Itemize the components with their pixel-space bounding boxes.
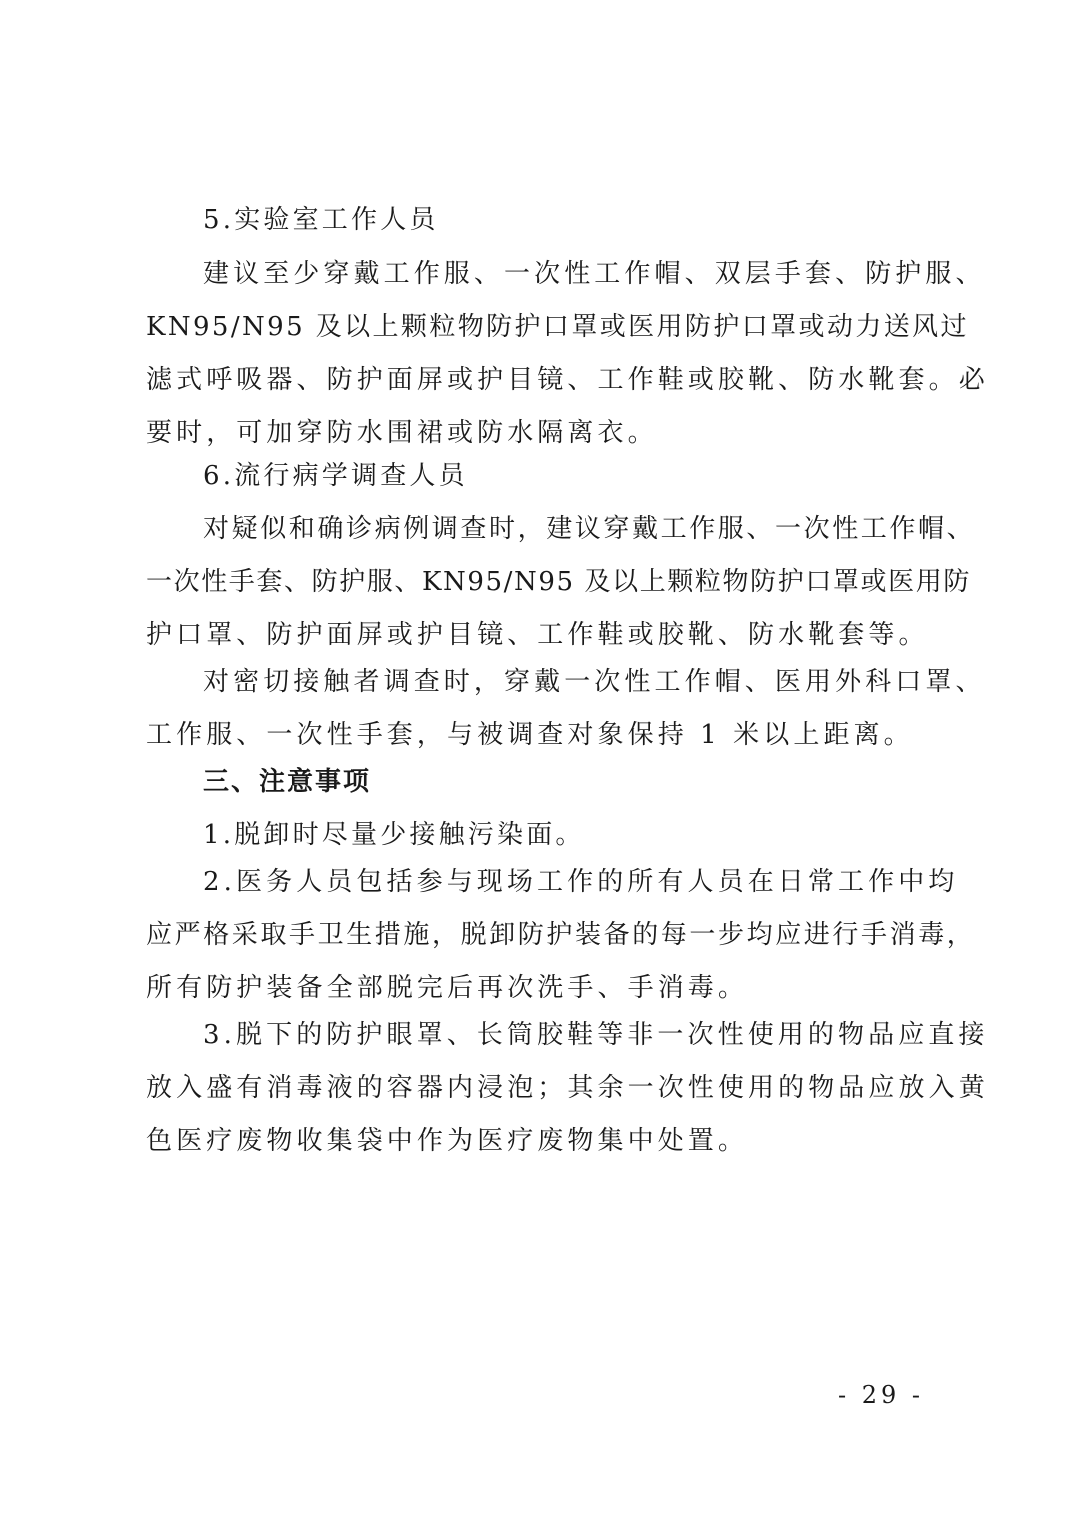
list-item: 3.脱下的防护眼罩、长筒胶鞋等非一次性使用的物品应直接 bbox=[203, 1019, 1003, 1051]
paragraph-line: 要时，可加穿防水围裙或防水隔离衣。 bbox=[146, 417, 946, 449]
paragraph-line: 对疑似和确诊病例调查时，建议穿戴工作服、一次性工作帽、 bbox=[203, 513, 1003, 545]
paragraph-line: 应严格采取手卫生措施，脱卸防护装备的每一步均应进行手消毒， bbox=[146, 919, 946, 951]
paragraph-line: 建议至少穿戴工作服、一次性工作帽、双层手套、防护服、 bbox=[203, 258, 1003, 290]
paragraph-line: 滤式呼吸器、防护面屏或护目镜、工作鞋或胶靴、防水靴套。必 bbox=[146, 364, 946, 396]
list-item: 1.脱卸时尽量少接触污染面。 bbox=[203, 819, 1003, 851]
list-item: 2.医务人员包括参与现场工作的所有人员在日常工作中均 bbox=[203, 866, 1003, 898]
paragraph-line: KN95/N95 及以上颗粒物防护口罩或医用防护口罩或动力送风过 bbox=[146, 311, 946, 343]
section-heading-precautions: 三、注意事项 bbox=[203, 766, 1003, 798]
page-number: - 29 - bbox=[838, 1380, 924, 1410]
paragraph-line: 一次性手套、防护服、KN95/N95 及以上颗粒物防护口罩或医用防 bbox=[146, 566, 946, 598]
paragraph-line: 工作服、一次性手套，与被调查对象保持 1 米以上距离。 bbox=[146, 719, 946, 751]
subheading-epidemiology-staff: 6.流行病学调查人员 bbox=[203, 460, 1003, 492]
paragraph-line: 所有防护装备全部脱完后再次洗手、手消毒。 bbox=[146, 972, 946, 1004]
paragraph-line: 对密切接触者调查时，穿戴一次性工作帽、医用外科口罩、 bbox=[203, 666, 1003, 698]
subheading-lab-staff: 5.实验室工作人员 bbox=[203, 204, 1003, 236]
paragraph-line: 放入盛有消毒液的容器内浸泡；其余一次性使用的物品应放入黄 bbox=[146, 1072, 946, 1104]
paragraph-line: 护口罩、防护面屏或护目镜、工作鞋或胶靴、防水靴套等。 bbox=[146, 619, 946, 651]
document-page: 5.实验室工作人员 建议至少穿戴工作服、一次性工作帽、双层手套、防护服、 KN9… bbox=[0, 0, 1080, 1527]
paragraph-line: 色医疗废物收集袋中作为医疗废物集中处置。 bbox=[146, 1125, 946, 1157]
